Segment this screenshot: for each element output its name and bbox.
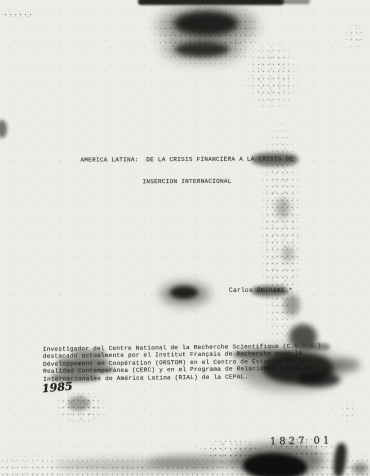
pen-marks-top-left <box>3 11 33 17</box>
scan-noise-right-margin <box>340 398 356 424</box>
ink-blot-footnote-tail <box>330 358 360 372</box>
scan-noise-top-right <box>246 40 298 112</box>
title-line-2: INSERCION INTERNACIONAL <box>64 177 310 185</box>
ink-blot-author-core <box>170 286 198 299</box>
scan-noise-right-corner <box>344 22 366 50</box>
smear-node-2 <box>282 246 294 262</box>
smudge-over-title <box>252 153 298 166</box>
smear-node-1 <box>276 198 290 218</box>
bottom-right-corner-mark <box>352 463 368 474</box>
ink-streak-top-edge-tail <box>282 0 310 4</box>
smudge-footnote-l2a <box>72 350 106 358</box>
smudge-below-year <box>68 396 90 411</box>
ink-blot-footnote-arm <box>298 372 340 387</box>
smear-node-3 <box>284 294 300 316</box>
scanned-page: AMERICA LATINA: DE LA CRISIS FINANCIERA … <box>0 0 370 476</box>
smudge-over-surname <box>252 286 288 296</box>
ink-blot-bottom-spatter <box>264 436 336 462</box>
